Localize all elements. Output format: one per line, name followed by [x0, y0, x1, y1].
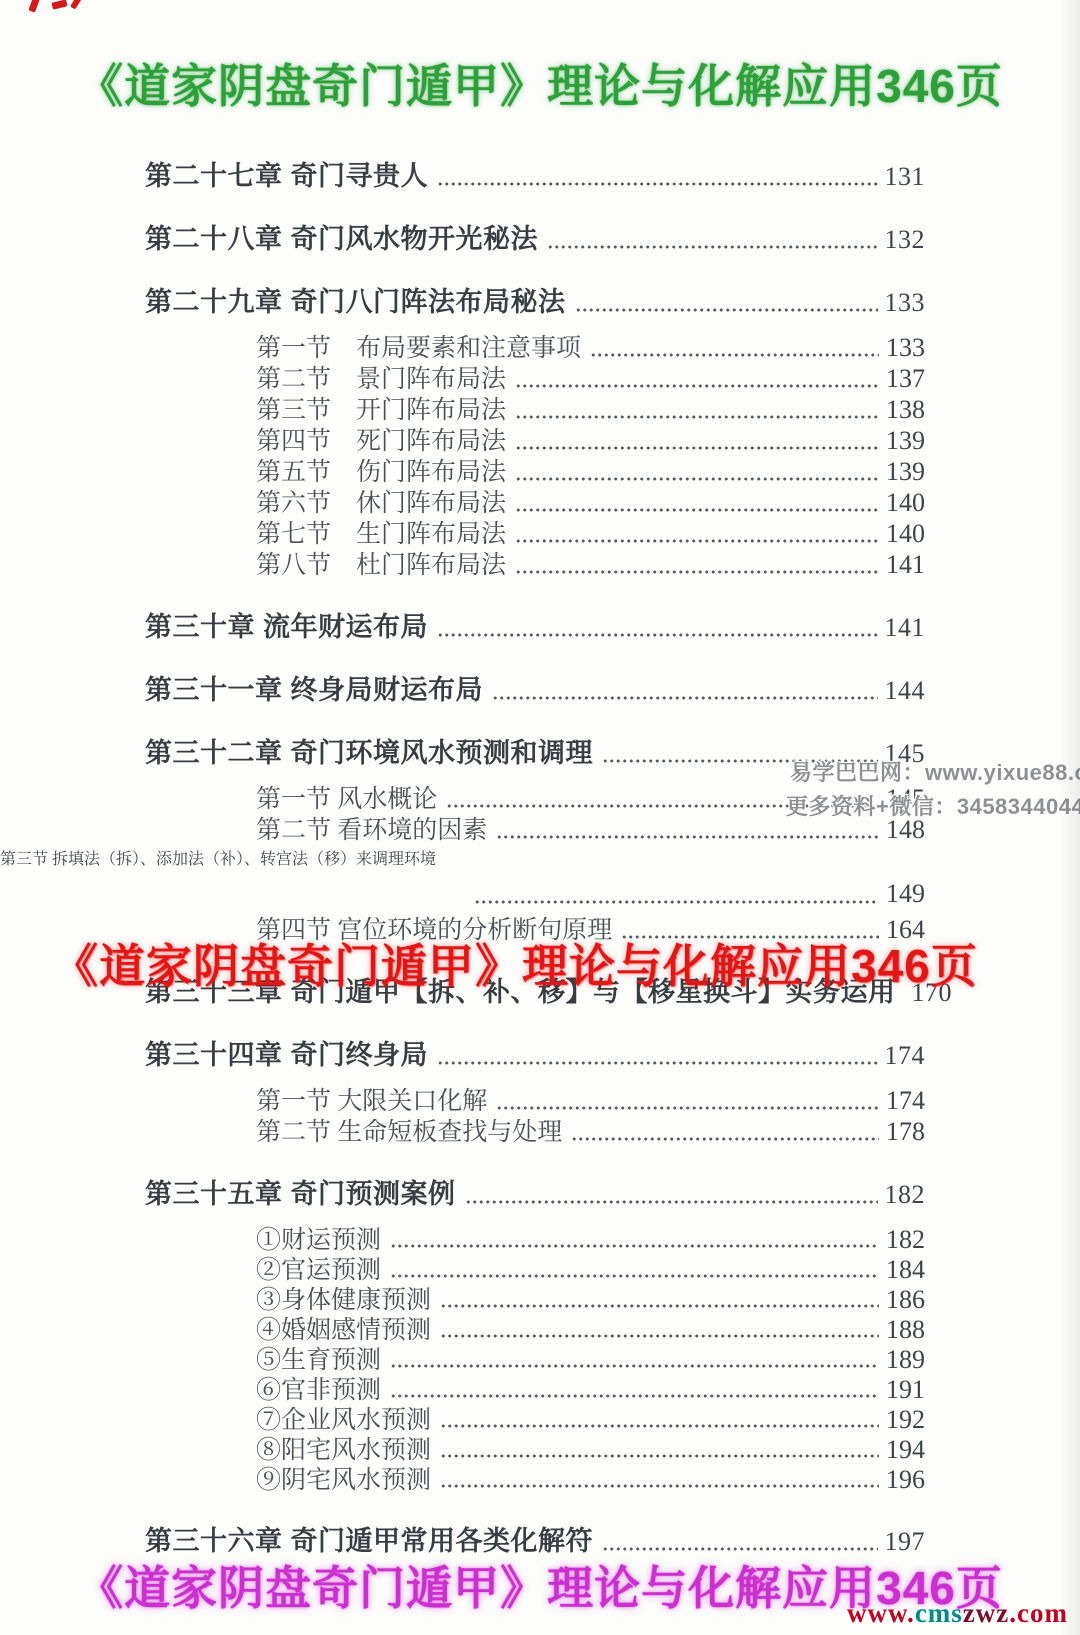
toc-entry-label: 第一节 风水概论 — [256, 785, 437, 815]
toc-row-section: 第六节 休门阵布局法140 — [0, 488, 925, 519]
dotted-leader — [437, 180, 877, 187]
dotted-leader — [440, 1452, 879, 1459]
toc-row-chapter: 第三十二章 奇门环境风水预测和调理145 — [0, 737, 925, 770]
toc-row-chapter: 第三十四章 奇门终身局174 — [0, 1039, 925, 1072]
dotted-leader — [390, 1362, 879, 1369]
toc-row-chapter: 第三十一章 终身局财运布局144 — [0, 674, 925, 707]
dotted-leader — [602, 1545, 877, 1552]
toc-entry-label: ⑤生育预测 — [256, 1346, 381, 1375]
book-title-banner-top: 《道家阴盘奇门遁甲》理论与化解应用346页 — [77, 50, 1003, 116]
dotted-leader — [515, 475, 879, 482]
toc-entry-label: ⑦企业风水预测 — [256, 1406, 431, 1435]
book-title-banner-middle-overlay: 《道家阴盘奇门遁甲》理论与化解应用346页 — [52, 930, 978, 996]
toc-entry-page: 149 — [886, 877, 925, 911]
toc-entry-label: 第二十七章 奇门寻贵人 — [145, 160, 428, 192]
toc-entry-page: 184 — [886, 1255, 925, 1284]
toc-row-cont: 149 — [0, 877, 925, 911]
toc-row-item: ②官运预测184 — [0, 1255, 925, 1285]
toc-entry-page: 133 — [886, 333, 925, 363]
dotted-leader — [571, 1135, 879, 1142]
toc-row-item: ⑥官非预测191 — [0, 1375, 925, 1405]
toc-entry-label: 第三节 开门阵布局法 — [256, 396, 506, 426]
toc-row-chapter: 第二十七章 奇门寻贵人131 — [0, 160, 925, 193]
toc-entry-label: 第四节 死门阵布局法 — [256, 427, 506, 457]
toc-row-chapter: 第三十章 流年财运布局141 — [0, 611, 925, 644]
toc-row-item: ④婚姻感情预测188 — [0, 1315, 925, 1345]
clipped-red-text-fragment — [51, 0, 67, 10]
dotted-leader — [547, 243, 877, 250]
toc-entry-page: 133 — [885, 287, 926, 319]
toc-entry-page: 196 — [886, 1465, 925, 1494]
toc-entry-label: 第二节 看环境的因素 — [256, 816, 487, 846]
dotted-leader — [390, 1242, 879, 1249]
toc-entry-label: 第三十五章 奇门预测案例 — [145, 1178, 456, 1210]
toc-row-item: ①财运预测182 — [0, 1225, 925, 1255]
dotted-leader — [465, 1198, 878, 1205]
toc-row-section: 第五节 伤门阵布局法139 — [0, 457, 925, 488]
table-of-contents: 第二十七章 奇门寻贵人131第二十八章 奇门风水物开光秘法132第二十九章 奇门… — [0, 130, 925, 1572]
toc-entry-page: 138 — [886, 395, 925, 425]
toc-entry-label: 第二十九章 奇门八门阵法布局秘法 — [145, 286, 566, 318]
toc-entry-page: 141 — [886, 550, 925, 580]
toc-entry-page: 174 — [886, 1086, 925, 1116]
toc-row-section: 第二节 生命短板查找与处理178 — [0, 1117, 925, 1148]
toc-row-item: ③身体健康预测186 — [0, 1285, 925, 1315]
clipped-red-text-fragment — [70, 0, 82, 10]
watermark-site-line: 易学巴巴网：www.yixue88.cn — [790, 756, 1080, 787]
dotted-leader — [515, 382, 879, 389]
toc-entry-label: 第六节 休门阵布局法 — [256, 489, 506, 519]
dotted-leader — [515, 444, 879, 451]
dotted-leader — [440, 1482, 879, 1489]
toc-entry-page: 144 — [885, 675, 926, 707]
toc-entry-label: ①财运预测 — [256, 1226, 381, 1255]
toc-entry-page: 132 — [885, 224, 926, 256]
toc-row-item: ⑧阳宅风水预测194 — [0, 1435, 925, 1465]
scanned-toc-page: 《道家阴盘奇门遁甲》理论与化解应用346页 第二十七章 奇门寻贵人131第二十八… — [0, 0, 1080, 1635]
toc-entry-page: 174 — [885, 1040, 926, 1072]
dotted-leader — [515, 506, 879, 513]
toc-entry-page: 188 — [886, 1315, 925, 1344]
toc-entry-page: 194 — [886, 1435, 925, 1464]
toc-entry-label: ④婚姻感情预测 — [256, 1316, 431, 1345]
footer-url-segment: zwz — [963, 1598, 1009, 1628]
toc-row-section: 第一节 大限关口化解174 — [0, 1086, 925, 1117]
toc-entry-page: 189 — [886, 1345, 925, 1374]
toc-entry-page: 178 — [886, 1117, 925, 1147]
toc-row-section: 第八节 杜门阵布局法141 — [0, 550, 925, 581]
toc-entry-page: 191 — [886, 1375, 925, 1404]
toc-row-item: ⑤生育预测189 — [0, 1345, 925, 1375]
toc-entry-label: 第二节 生命短板查找与处理 — [256, 1118, 562, 1148]
dotted-leader — [390, 1272, 879, 1279]
toc-entry-label: 第二十八章 奇门风水物开光秘法 — [145, 223, 538, 255]
toc-row-item: ⑨阴宅风水预测196 — [0, 1465, 925, 1495]
dotted-leader — [440, 1332, 879, 1339]
footer-website-url: www.cmszwz.com — [847, 1598, 1068, 1629]
dotted-leader — [515, 413, 879, 420]
toc-entry-page: 192 — [886, 1405, 925, 1434]
toc-row-section: 第七节 生门阵布局法140 — [0, 519, 925, 550]
toc-entry-label: 第五节 伤门阵布局法 — [256, 458, 506, 488]
toc-row-section: 第四节 死门阵布局法139 — [0, 426, 925, 457]
dotted-leader — [437, 631, 877, 638]
dotted-leader — [496, 1104, 879, 1111]
toc-entry-page: 182 — [886, 1225, 925, 1254]
toc-row-long: 第三节 拆填法（拆）、添加法（补）、转宫法（移）来调理环境 — [0, 846, 925, 869]
toc-entry-page: 140 — [886, 488, 925, 518]
dotted-leader — [515, 537, 879, 544]
toc-row-item: ⑦企业风水预测192 — [0, 1405, 925, 1435]
dotted-leader — [474, 898, 879, 905]
dotted-leader — [515, 568, 879, 575]
toc-entry-label: 第三节 拆填法（拆）、添加法（补）、转宫法（移）来调理环境 — [0, 846, 436, 869]
toc-entry-label: ⑧阳宅风水预测 — [256, 1436, 431, 1465]
toc-entry-label: 第二节 景门阵布局法 — [256, 365, 506, 395]
watermark-wechat-line: 更多资料+微信：3458344044 — [786, 790, 1080, 821]
dotted-leader — [437, 1059, 877, 1066]
toc-entry-label: 第七节 生门阵布局法 — [256, 520, 506, 550]
toc-row-section: 第二节 景门阵布局法137 — [0, 364, 925, 395]
toc-row-section: 第三节 开门阵布局法138 — [0, 395, 925, 426]
dotted-leader — [492, 694, 877, 701]
dotted-leader — [590, 351, 879, 358]
toc-entry-label: 第三十二章 奇门环境风水预测和调理 — [145, 737, 593, 769]
toc-entry-page: 139 — [886, 457, 925, 487]
toc-row-chapter: 第三十五章 奇门预测案例182 — [0, 1178, 925, 1211]
dotted-leader — [440, 1302, 879, 1309]
toc-entry-page: 140 — [886, 519, 925, 549]
toc-entry-label: ③身体健康预测 — [256, 1286, 431, 1315]
toc-row-chapter: 第二十九章 奇门八门阵法布局秘法133 — [0, 286, 925, 319]
toc-entry-label: 第三十一章 终身局财运布局 — [145, 674, 483, 706]
clipped-red-text-fragment — [28, 0, 40, 13]
toc-entry-label: ⑥官非预测 — [256, 1376, 381, 1405]
toc-entry-page: 186 — [886, 1285, 925, 1314]
toc-row-chapter: 第二十八章 奇门风水物开光秘法132 — [0, 223, 925, 256]
toc-entry-label: 第三十章 流年财运布局 — [145, 611, 428, 643]
toc-entry-page: 137 — [886, 364, 925, 394]
toc-entry-label: 第一节 大限关口化解 — [256, 1087, 487, 1117]
footer-url-segment: .com — [1009, 1598, 1068, 1628]
toc-entry-label: 第一节 布局要素和注意事项 — [256, 334, 581, 364]
dotted-leader — [575, 306, 878, 313]
footer-url-segment: cms — [915, 1598, 963, 1628]
toc-row-section: 第一节 布局要素和注意事项133 — [0, 333, 925, 364]
dotted-leader — [390, 1392, 879, 1399]
toc-entry-page: 182 — [885, 1179, 926, 1211]
toc-entry-page: 139 — [886, 426, 925, 456]
toc-entry-page: 141 — [885, 612, 926, 644]
toc-entry-label: 第八节 杜门阵布局法 — [256, 551, 506, 581]
toc-entry-label: ②官运预测 — [256, 1256, 381, 1285]
dotted-leader — [440, 1422, 879, 1429]
footer-url-segment: www. — [847, 1598, 915, 1628]
toc-entry-label: ⑨阴宅风水预测 — [256, 1466, 431, 1495]
dotted-leader — [496, 833, 879, 840]
toc-entry-page: 131 — [885, 161, 926, 193]
toc-entry-label: 第三十四章 奇门终身局 — [145, 1039, 428, 1071]
